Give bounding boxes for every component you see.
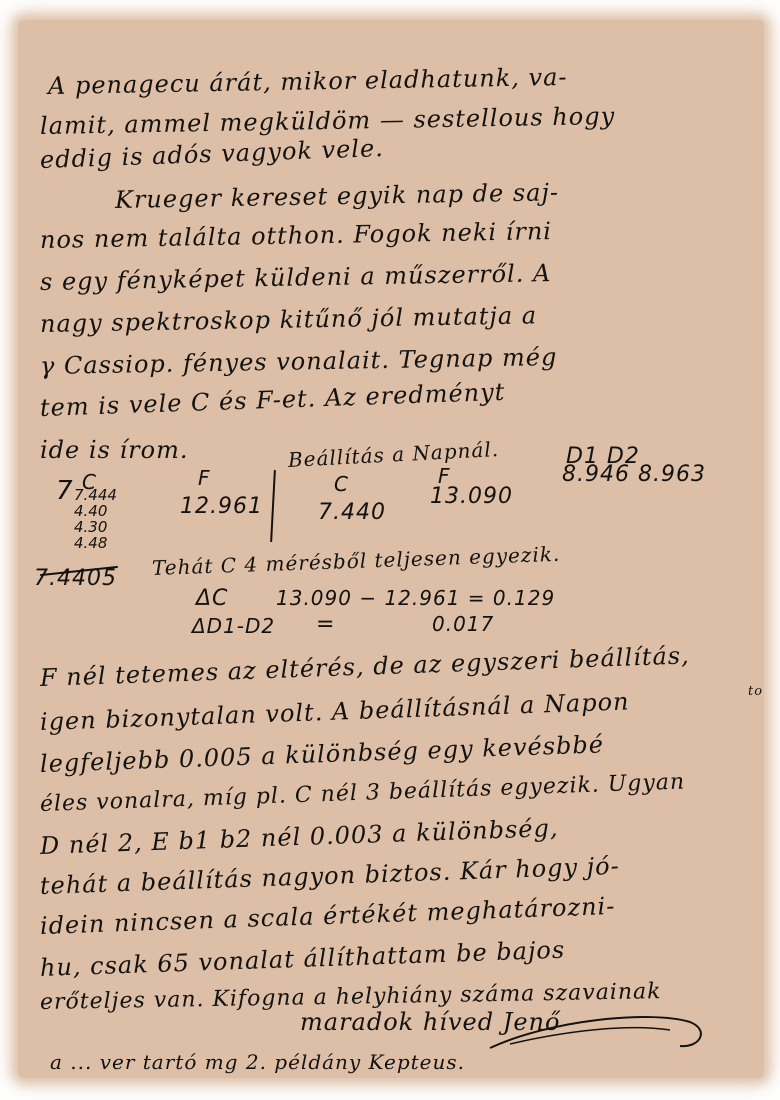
c-value: 4.40	[74, 504, 107, 519]
delta-d-label: ΔD1-D2	[192, 614, 275, 638]
delta-d-eq: =	[316, 612, 335, 637]
c-mean: 7.4405	[34, 566, 117, 591]
f-label: F	[198, 466, 211, 490]
letter-line: ide is írom.	[40, 436, 188, 464]
beallitas-f-value: 13.090	[430, 484, 513, 509]
c-value: 4.48	[74, 536, 107, 551]
delta-d-value: 0.017	[432, 612, 494, 636]
delta-c-label: ΔC	[196, 586, 228, 611]
beallitas-c-value: 7.440	[318, 500, 386, 525]
c-integer: 7	[56, 484, 73, 499]
beallitas-c-label: C	[334, 472, 349, 496]
margin-note: to	[748, 684, 763, 699]
c-value: 7.444	[74, 488, 117, 503]
d-values: 8.946 8.963	[562, 462, 706, 487]
c-value: 4.30	[74, 520, 107, 535]
postscript: a ... ver tartó mg 2. példány Kepteus.	[50, 1050, 465, 1074]
f-value: 12.961	[180, 494, 263, 519]
signature-flourish-icon	[450, 1000, 710, 1060]
delta-c-expr: 13.090 − 12.961 = 0.129	[276, 586, 555, 610]
